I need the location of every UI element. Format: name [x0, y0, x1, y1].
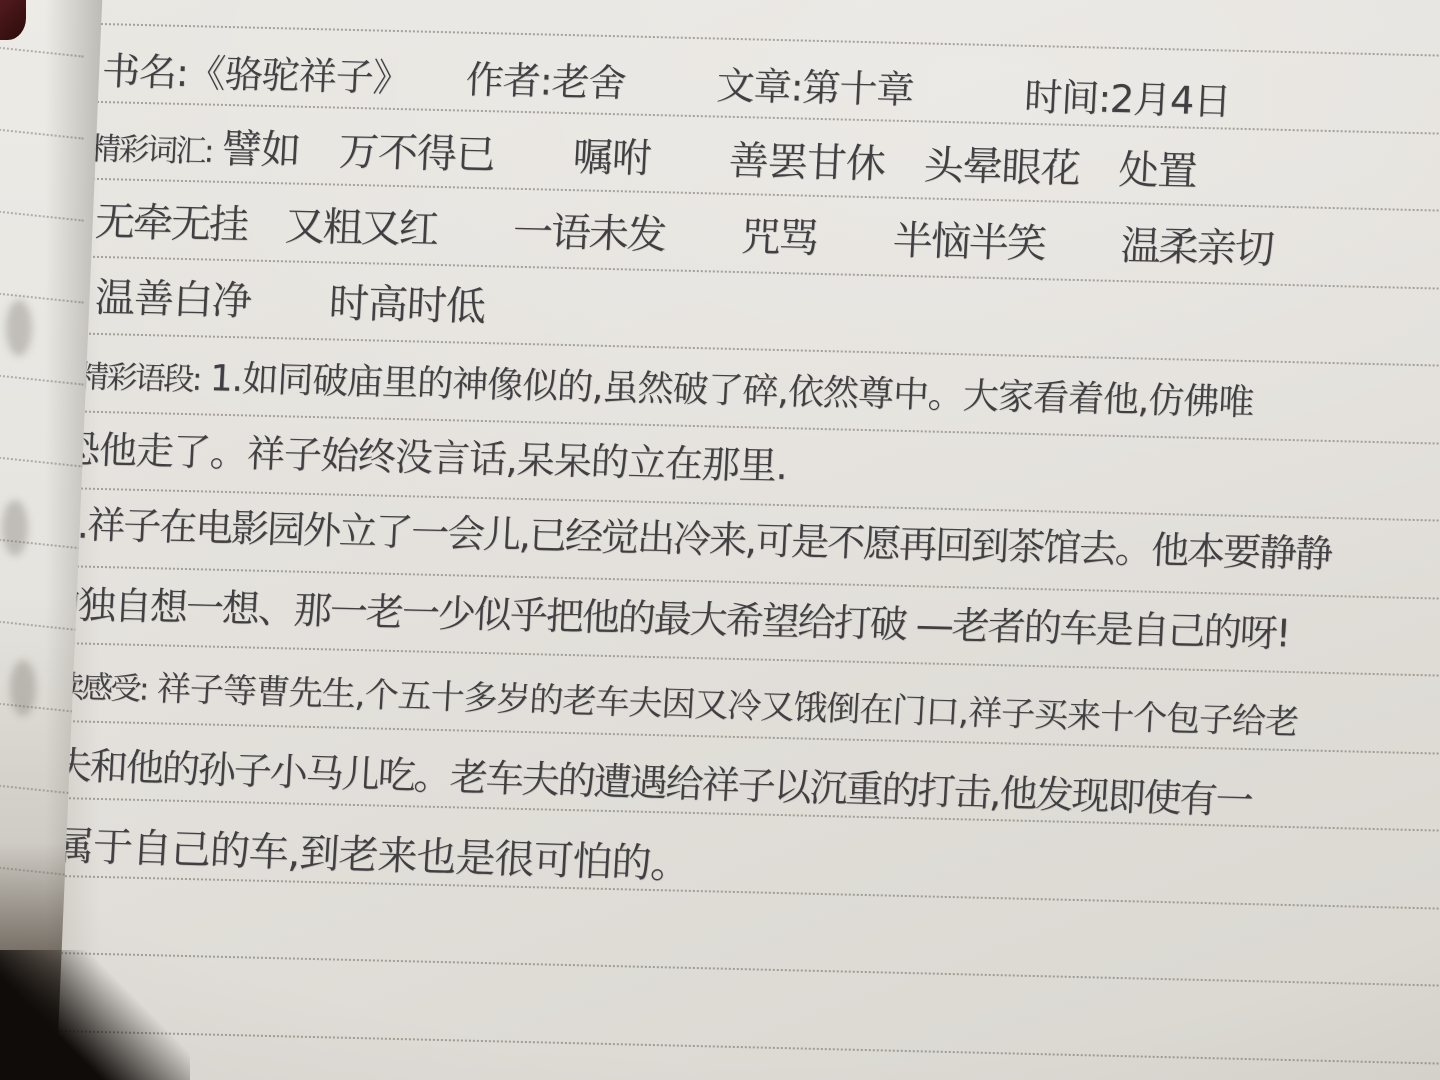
desk-shadow-corner: [0, 950, 190, 1080]
chapter: 文章:第十章: [716, 67, 915, 110]
passage-2-text-b: 的独自想一想、那一老一少似乎把他的最大希望给打破 —老者的车是自己的呀!: [41, 582, 1290, 655]
passage-1-line-1: 精彩语段:1.如同破庙里的神像似的,虽然破了碎,依然尊中。大家看着他,仿佛唯: [77, 358, 1254, 422]
reflection-line-1: 阅读感受:祥子等曹先生,个五十多岁的老车夫因又冷又饿倒在门口,祥子买来十个包子给…: [24, 668, 1299, 740]
passage-2-line-1: 2.祥子在电影园外立了一会儿,已经觉出冷来,可是不愿再回到茶馆去。他本要静静: [54, 505, 1332, 573]
ruled-line: [58, 1030, 1440, 1065]
passage-1-text-a: 1.如同破庙里的神像似的,虽然破了碎,依然尊中。大家看着他,仿佛唯: [209, 358, 1254, 424]
ruled-line: [58, 875, 1440, 910]
passage-2-line-2: 的独自想一想、那一老一少似乎把他的最大希望给打破 —老者的车是自己的呀!: [41, 585, 1290, 652]
vocab-row-3: 温善白净 时高时低: [94, 278, 486, 327]
book-title: 书名:《骆驼祥子》: [101, 52, 411, 97]
notebook-page: 书名:《骆驼祥子》 作者:老舍 文章:第十章 时间:2月4日 精彩词汇:譬如 万…: [0, 0, 1440, 1080]
reflection-text-1: 祥子等曹先生,个五十多岁的老车夫因又冷又饿倒在门口,祥子买来十个包子给老: [156, 669, 1299, 743]
passage-1-text-b: 恐他走了。祥子始终没言话,呆呆的立在那里.: [61, 427, 788, 488]
vocab-label: 精彩词汇:: [89, 131, 213, 170]
ruled-line: [58, 952, 1440, 987]
notebook-photo: 书名:《骆驼祥子》 作者:老舍 文章:第十章 时间:2月4日 精彩词汇:譬如 万…: [0, 0, 1440, 1080]
author: 作者:老舍: [465, 61, 627, 103]
reflection-line-2: 车夫和他的孙子小马儿吃。老车夫的遭遇给祥子以沉重的打击,他发现即使有一: [17, 745, 1253, 820]
date: 时间:2月4日: [1023, 78, 1231, 121]
ruled-line: [58, 22, 1440, 57]
passage-1-line-2: 恐他走了。祥子始终没言话,呆呆的立在那里.: [61, 430, 788, 485]
vocab-words-3: 温善白净 时高时低: [94, 275, 486, 330]
passages-label: 精彩语段:: [77, 359, 201, 398]
